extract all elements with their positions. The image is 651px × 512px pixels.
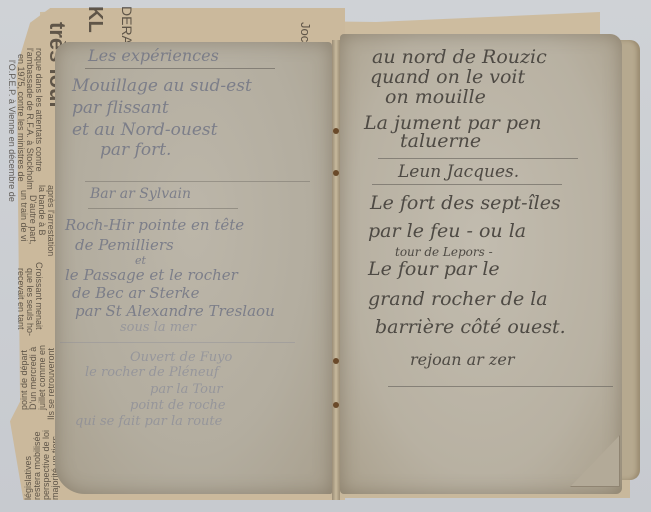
section-underline xyxy=(88,208,238,209)
right-section-line: Le four par le xyxy=(368,258,500,280)
left-faint-line: Ouvert de Fuyo xyxy=(130,350,232,365)
left-section-title: Bar ar Sylvain xyxy=(90,186,191,202)
left-section-line: de Pemilliers xyxy=(75,236,174,254)
right-page-line: quand on le voit xyxy=(370,66,525,88)
right-page-line: taluerne xyxy=(400,130,481,152)
staple xyxy=(333,170,339,176)
right-section-line: tour de Lepors - xyxy=(395,245,493,259)
left-page-line: Mouillage au sud-est xyxy=(72,76,252,96)
right-section-line: grand rocher de la xyxy=(368,288,548,310)
divider-line xyxy=(85,181,310,182)
newspaper-column-line: point de départ xyxy=(19,350,30,410)
left-page-line: et au Nord-ouest xyxy=(72,120,217,140)
newspaper-column-line: l'O.P.E.P. à Vienne en décembre de xyxy=(6,60,17,202)
bottom-rule xyxy=(388,386,613,387)
left-section-line: de Bec ar Sterke xyxy=(72,284,200,302)
notebook-spine xyxy=(332,40,340,500)
left-faint-line: point de roche xyxy=(130,398,226,413)
right-section-title: Leun Jacques. xyxy=(398,162,519,182)
left-faint-line: par la Tour xyxy=(150,382,223,397)
newspaper-headline-top-3: Joc xyxy=(298,22,313,42)
newspaper-headline-top-2: DERA xyxy=(119,6,135,45)
newspaper-column-line: législatives xyxy=(23,456,34,500)
right-section-line: rejoan ar zer xyxy=(410,350,514,369)
newspaper-column-line: un train de vi xyxy=(18,190,29,242)
left-section-line: par St Alexandre Treslaou xyxy=(75,302,275,320)
newspaper-column-line: recevait en tant xyxy=(15,268,26,330)
divider-line xyxy=(378,158,578,159)
left-faint-line: qui se fait par la route xyxy=(75,414,222,429)
right-section-line: Le fort des sept-îles xyxy=(370,192,561,214)
page-edges xyxy=(620,40,640,480)
staple xyxy=(333,402,339,408)
left-page-line: par fort. xyxy=(100,140,171,160)
right-page-line: au nord de Rouzic xyxy=(372,46,547,68)
divider-line xyxy=(60,342,295,343)
staple xyxy=(333,128,339,134)
title-underline xyxy=(85,68,275,69)
left-section-line: le Passage et le rocher xyxy=(65,266,238,284)
newspaper-headline-top-1: KL xyxy=(83,6,106,33)
left-page-line: par flissant xyxy=(72,98,169,118)
left-faint-line: le rocher de Pléneuf xyxy=(85,365,219,380)
left-page-title: Les expériences xyxy=(88,46,219,65)
left-section-line: sous la mer xyxy=(120,320,196,335)
staple xyxy=(333,358,339,364)
right-page-line: on mouille xyxy=(385,86,486,108)
right-section-line: par le feu - ou la xyxy=(368,220,526,242)
right-section-line: barrière côté ouest. xyxy=(375,316,566,338)
left-section-line: Roch-Hir pointe en tête xyxy=(65,216,244,234)
section-underline xyxy=(372,184,562,185)
